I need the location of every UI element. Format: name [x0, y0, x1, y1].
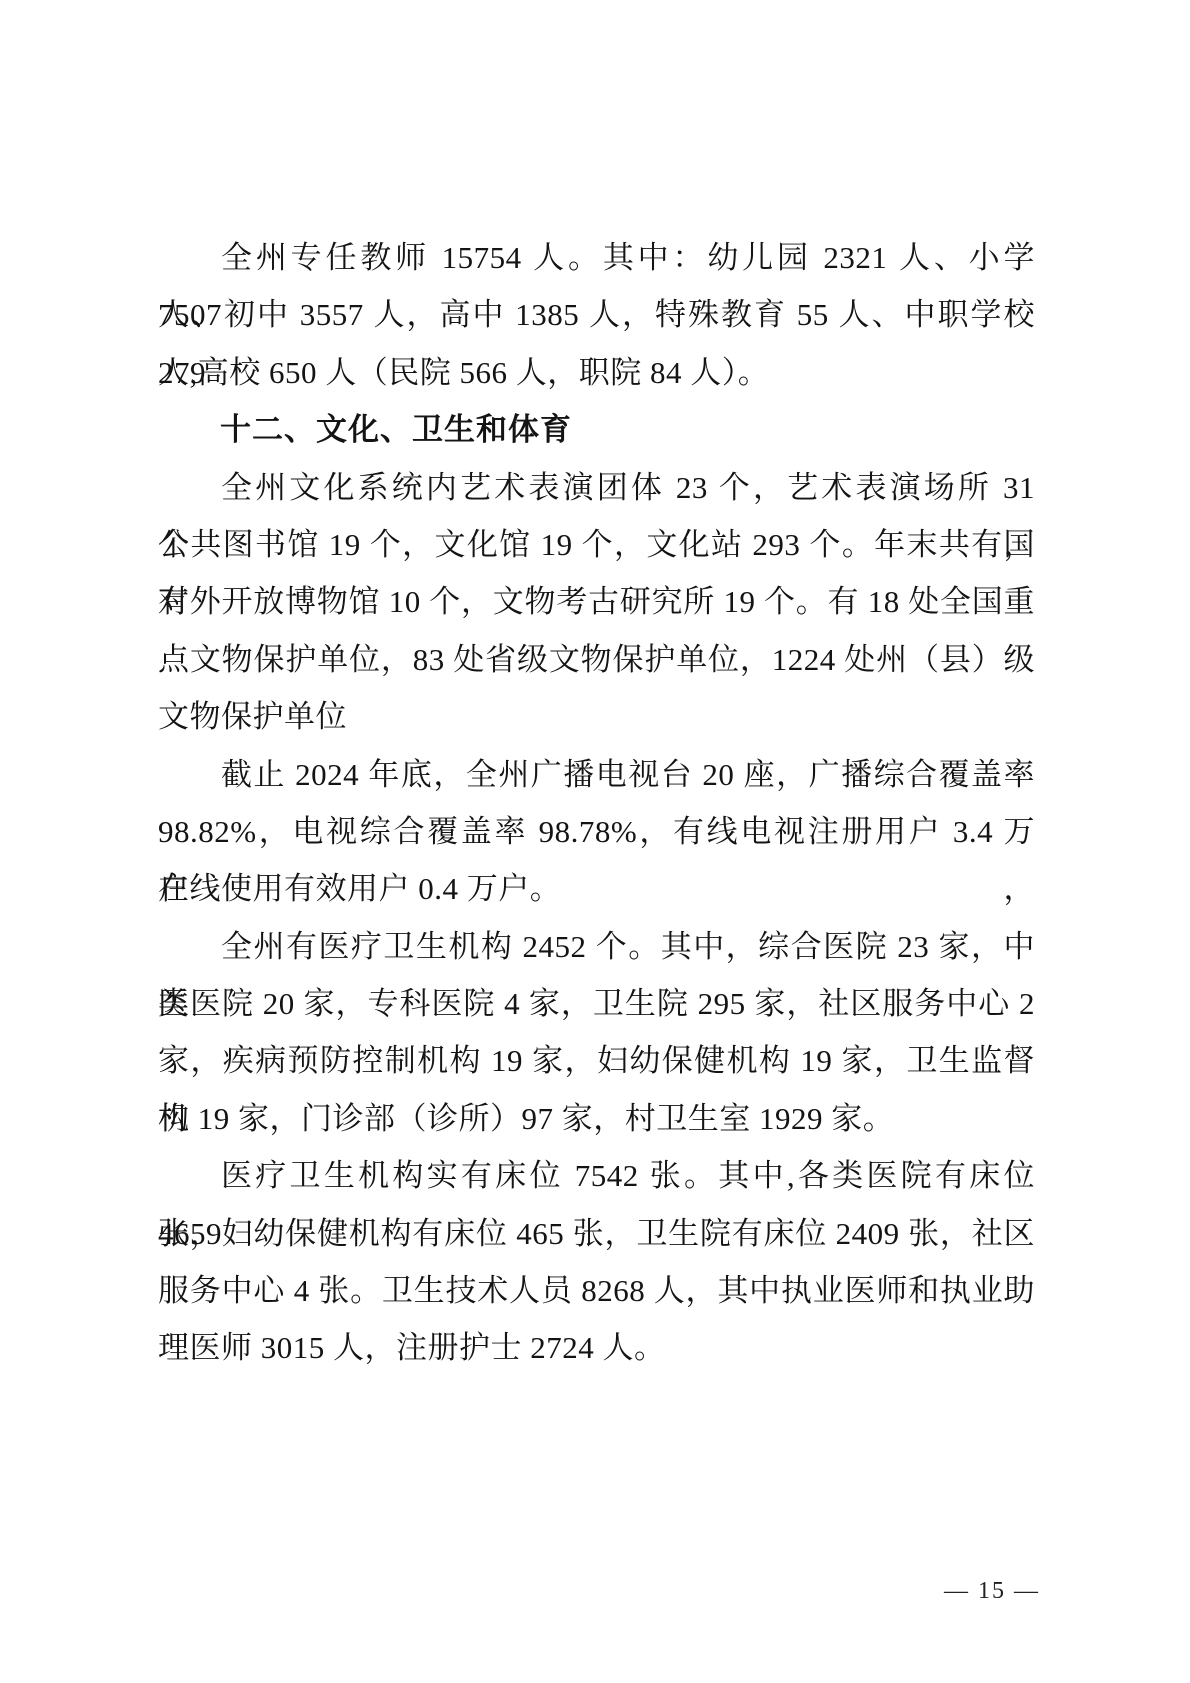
paragraph-line: 人,高校 650 人（民院 566 人，职院 84 人）。 — [158, 344, 1035, 401]
paragraph-line: 理医师 3015 人，注册护士 2724 人。 — [158, 1319, 1035, 1376]
paragraph-line: 医疗卫生机构实有床位 7542 张。其中,各类医院有床位 4659 — [158, 1147, 1035, 1204]
paragraph-line: 文物保护单位 — [158, 688, 1035, 745]
paragraph-line: 全州专任教师 15754 人。其中：幼儿园 2321 人、小学 7507 — [158, 229, 1035, 286]
paragraph-line: 服务中心 4 张。卫生技术人员 8268 人，其中执业医师和执业助 — [158, 1262, 1035, 1319]
document-body: 全州专任教师 15754 人。其中：幼儿园 2321 人、小学 7507 人、初… — [158, 229, 1035, 1377]
paragraph-line: 全州文化系统内艺术表演团体 23 个，艺术表演场所 31 个， — [158, 459, 1035, 516]
paragraph-line: 对外开放博物馆 10 个，文物考古研究所 19 个。有 18 处全国重 — [158, 573, 1035, 630]
paragraph-line: 类医院 20 家，专科医院 4 家，卫生院 295 家，社区服务中心 2 — [158, 975, 1035, 1032]
paragraph-line: 公共图书馆 19 个，文化馆 19 个，文化站 293 个。年末共有国有 — [158, 516, 1035, 573]
paragraph-line: 截止 2024 年底，全州广播电视台 20 座，广播综合覆盖率 — [158, 746, 1035, 803]
document-page: 全州专任教师 15754 人。其中：幼儿园 2321 人、小学 7507 人、初… — [0, 0, 1190, 1683]
page-number: — 15 — — [944, 1578, 1040, 1605]
paragraph-line: 构 19 家，门诊部（诊所）97 家，村卫生室 1929 家。 — [158, 1090, 1035, 1147]
paragraph-line: 人、初中 3557 人，高中 1385 人，特殊教育 55 人、中职学校 279 — [158, 286, 1035, 343]
section-heading: 十二、文化、卫生和体育 — [158, 401, 1035, 458]
paragraph-line: 家，疾病预防控制机构 19 家，妇幼保健机构 19 家，卫生监督机 — [158, 1032, 1035, 1089]
paragraph-line: 98.82%，电视综合覆盖率 98.78%，有线电视注册用户 3.4 万户， — [158, 803, 1035, 860]
paragraph-line: 张，妇幼保健机构有床位 465 张，卫生院有床位 2409 张，社区 — [158, 1205, 1035, 1262]
paragraph-line: 点文物保护单位，83 处省级文物保护单位，1224 处州（县）级 — [158, 631, 1035, 688]
paragraph-line: 全州有医疗卫生机构 2452 个。其中，综合医院 23 家，中医 — [158, 918, 1035, 975]
